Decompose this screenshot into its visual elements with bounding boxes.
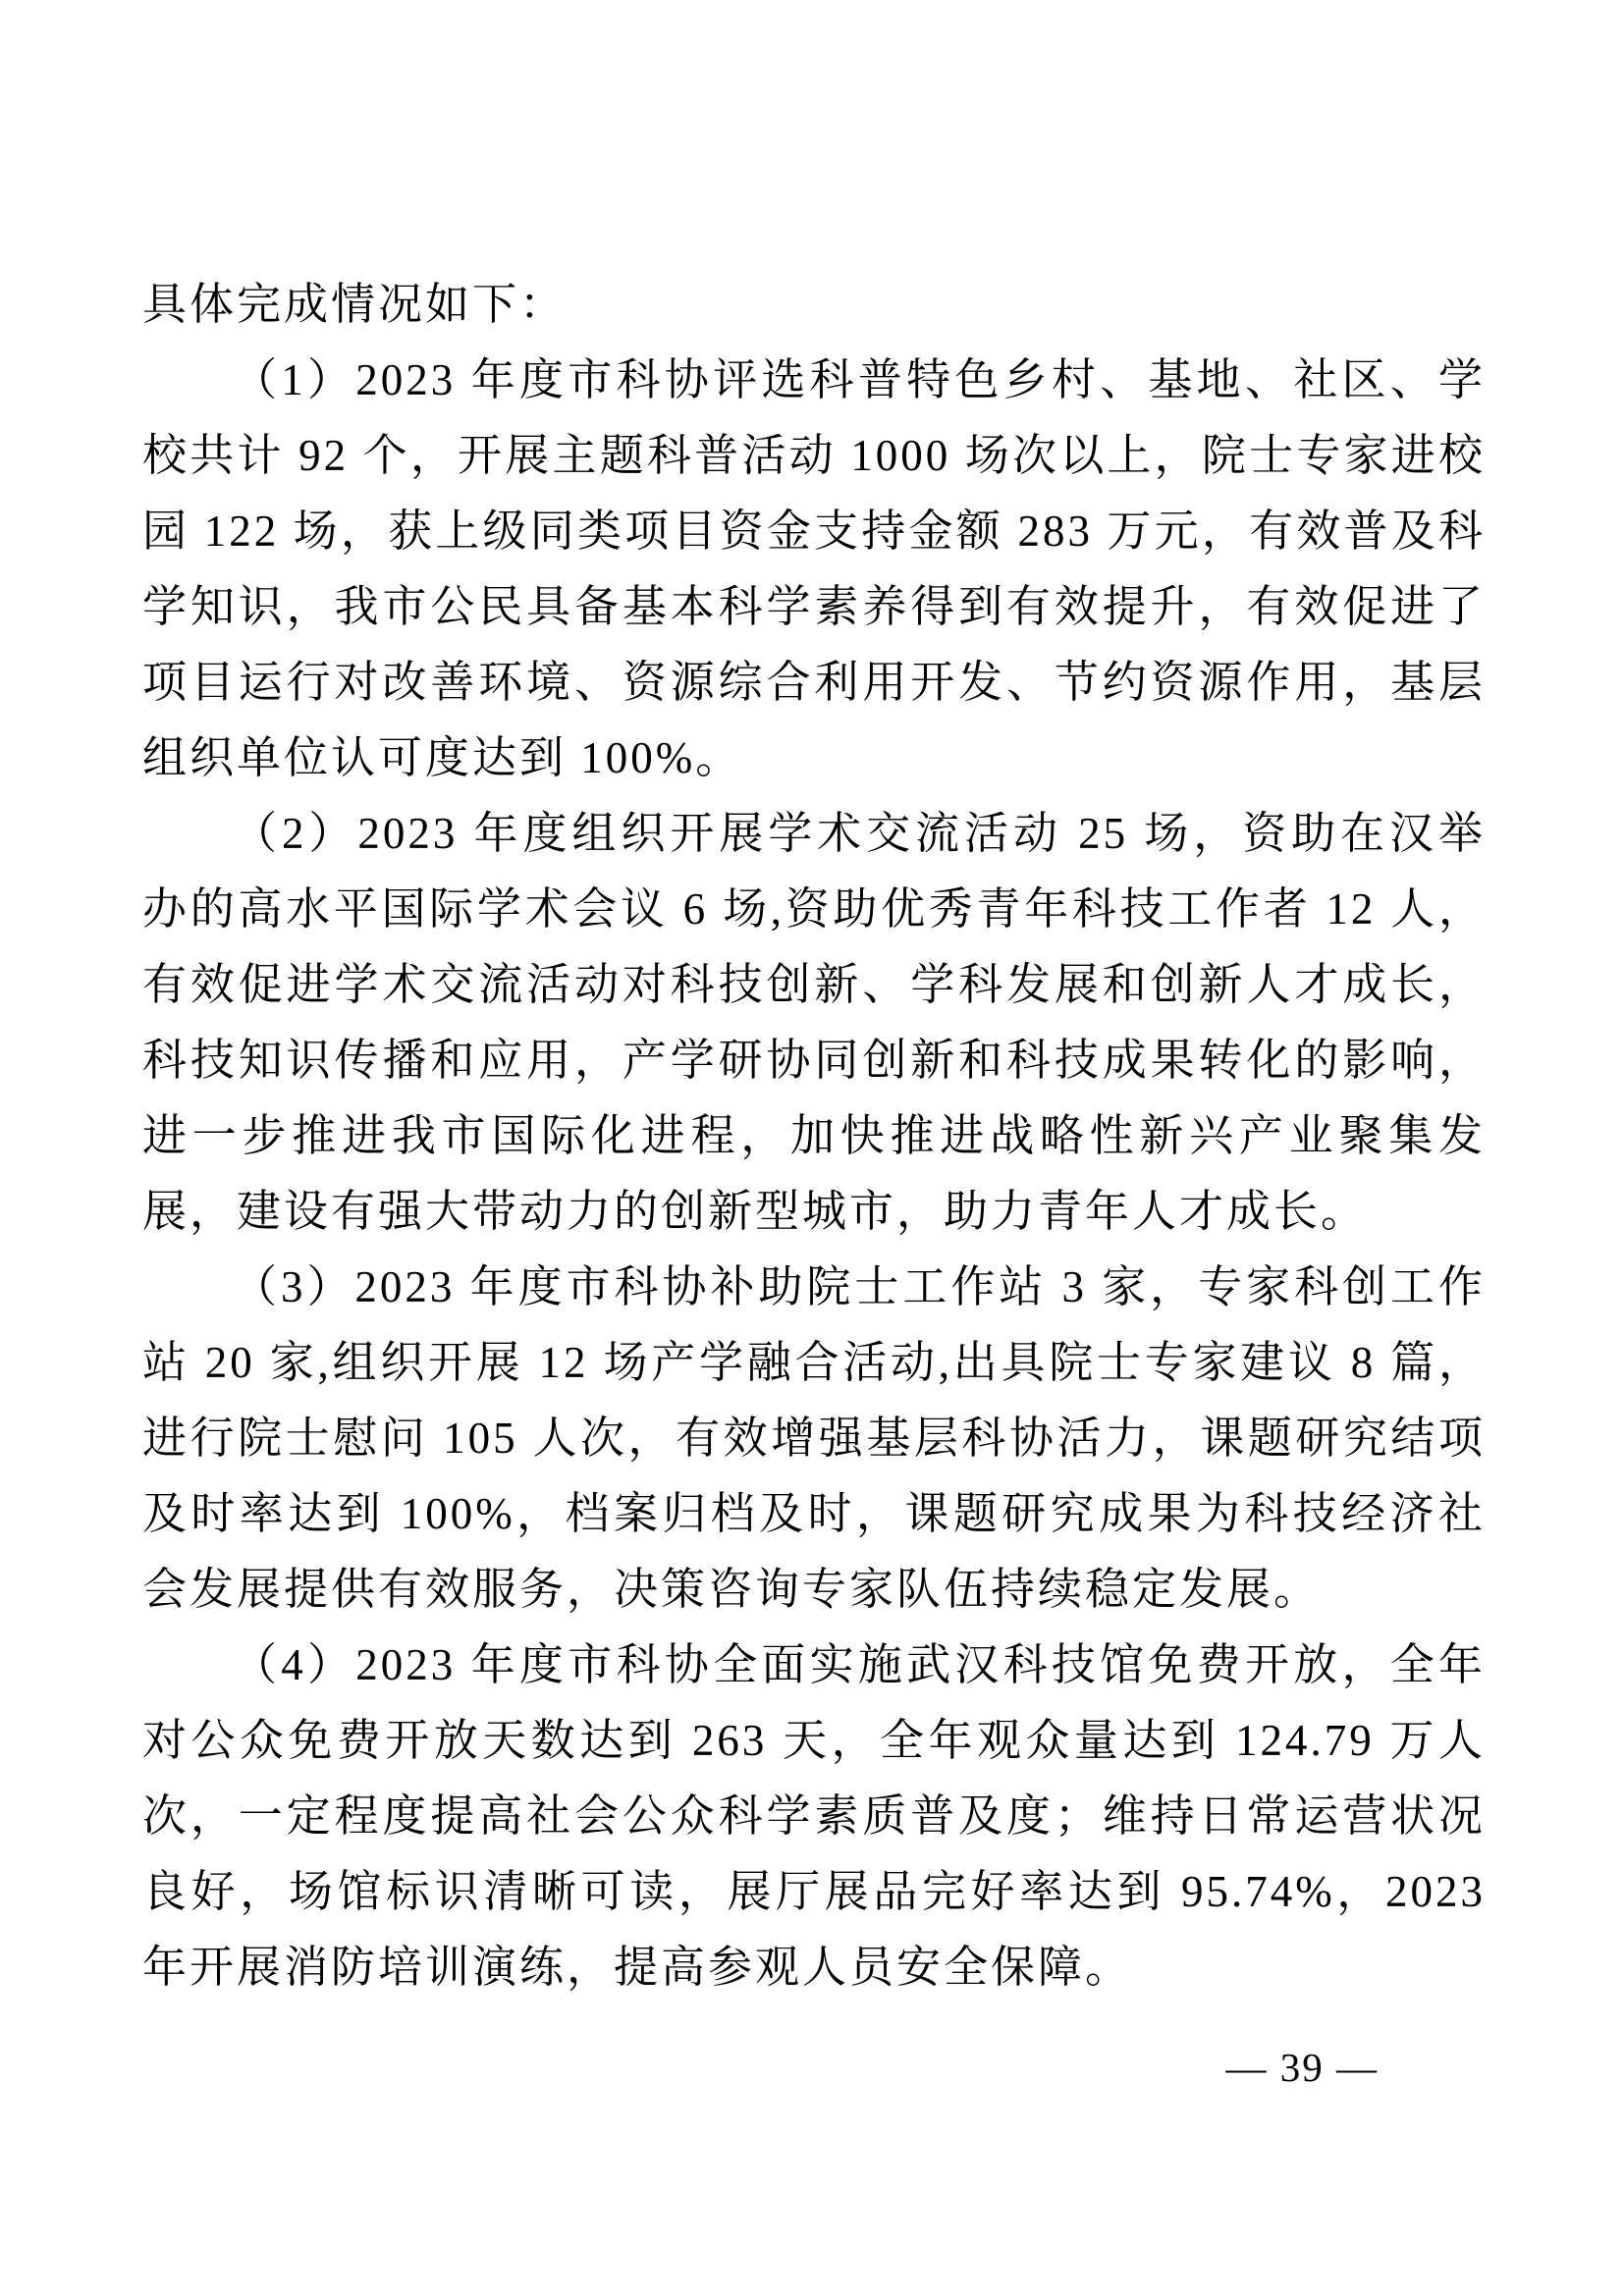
document-body: 具体完成情况如下： （1）2023 年度市科协评选科普特色乡村、基地、社区、学校… bbox=[142, 267, 1486, 2005]
paragraph-item-2: （2）2023 年度组织开展学术交流活动 25 场，资助在汉举办的高水平国际学术… bbox=[142, 796, 1486, 1250]
intro-paragraph: 具体完成情况如下： bbox=[142, 267, 1486, 343]
paragraph-item-4: （4）2023 年度市科协全面实施武汉科技馆免费开放，全年对公众免费开放天数达到… bbox=[142, 1628, 1486, 2005]
page-number: — 39 — bbox=[1226, 2044, 1380, 2091]
paragraph-item-3: （3）2023 年度市科协补助院士工作站 3 家，专家科创工作站 20 家,组织… bbox=[142, 1250, 1486, 1628]
paragraph-item-1: （1）2023 年度市科协评选科普特色乡村、基地、社区、学校共计 92 个，开展… bbox=[142, 343, 1486, 796]
document-page: 具体完成情况如下： （1）2023 年度市科协评选科普特色乡村、基地、社区、学校… bbox=[0, 0, 1624, 2296]
